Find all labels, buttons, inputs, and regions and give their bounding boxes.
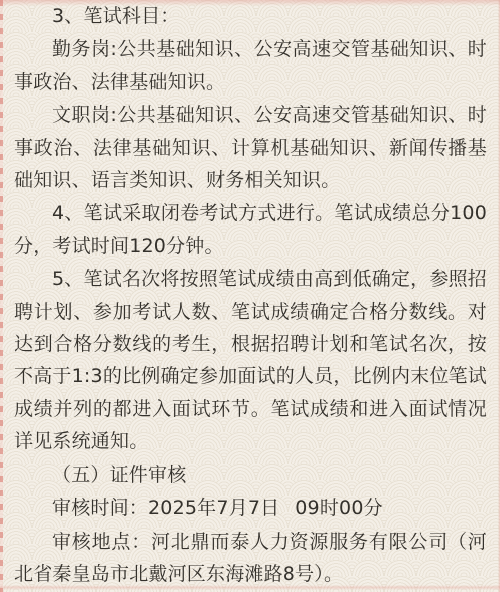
heading-section-5-certificate-review: （五）证件审核 (14, 459, 487, 491)
clause-5-ranking-rules: 5、笔试名次将按照笔试成绩由高到低确定，参照招聘计划、参加考试人数、笔试成绩确定… (14, 263, 487, 457)
clause-4-exam-format: 4、笔试采取闭卷考试方式进行。笔试成绩总分100分，考试时间120分钟。 (14, 197, 487, 262)
para-review-location: 审核地点：河北鼎而泰人力资源服务有限公司（河北省秦皇岛市北戴河区东海滩路8号）。 (14, 526, 487, 591)
notice-document-page: 3、笔试科目： 勤务岗:公共基础知识、公安高速交管基础知识、时事政治、法律基础知… (0, 0, 500, 592)
notice-body: 3、笔试科目： 勤务岗:公共基础知识、公安高速交管基础知识、时事政治、法律基础知… (14, 0, 487, 591)
para-clerical-post-subjects: 文职岗:公共基础知识、公安高速交管基础知识、时事政治、法律基础知识、计算机基础知… (14, 99, 487, 196)
para-duty-post-subjects: 勤务岗:公共基础知识、公安高速交管基础知识、时事政治、法律基础知识。 (14, 33, 487, 98)
page-edge-decoration-left (0, 0, 3, 592)
clause-3-exam-subjects: 3、笔试科目： (14, 0, 487, 32)
para-review-time: 审核时间：2025年7月7日 09时00分 (14, 492, 487, 524)
